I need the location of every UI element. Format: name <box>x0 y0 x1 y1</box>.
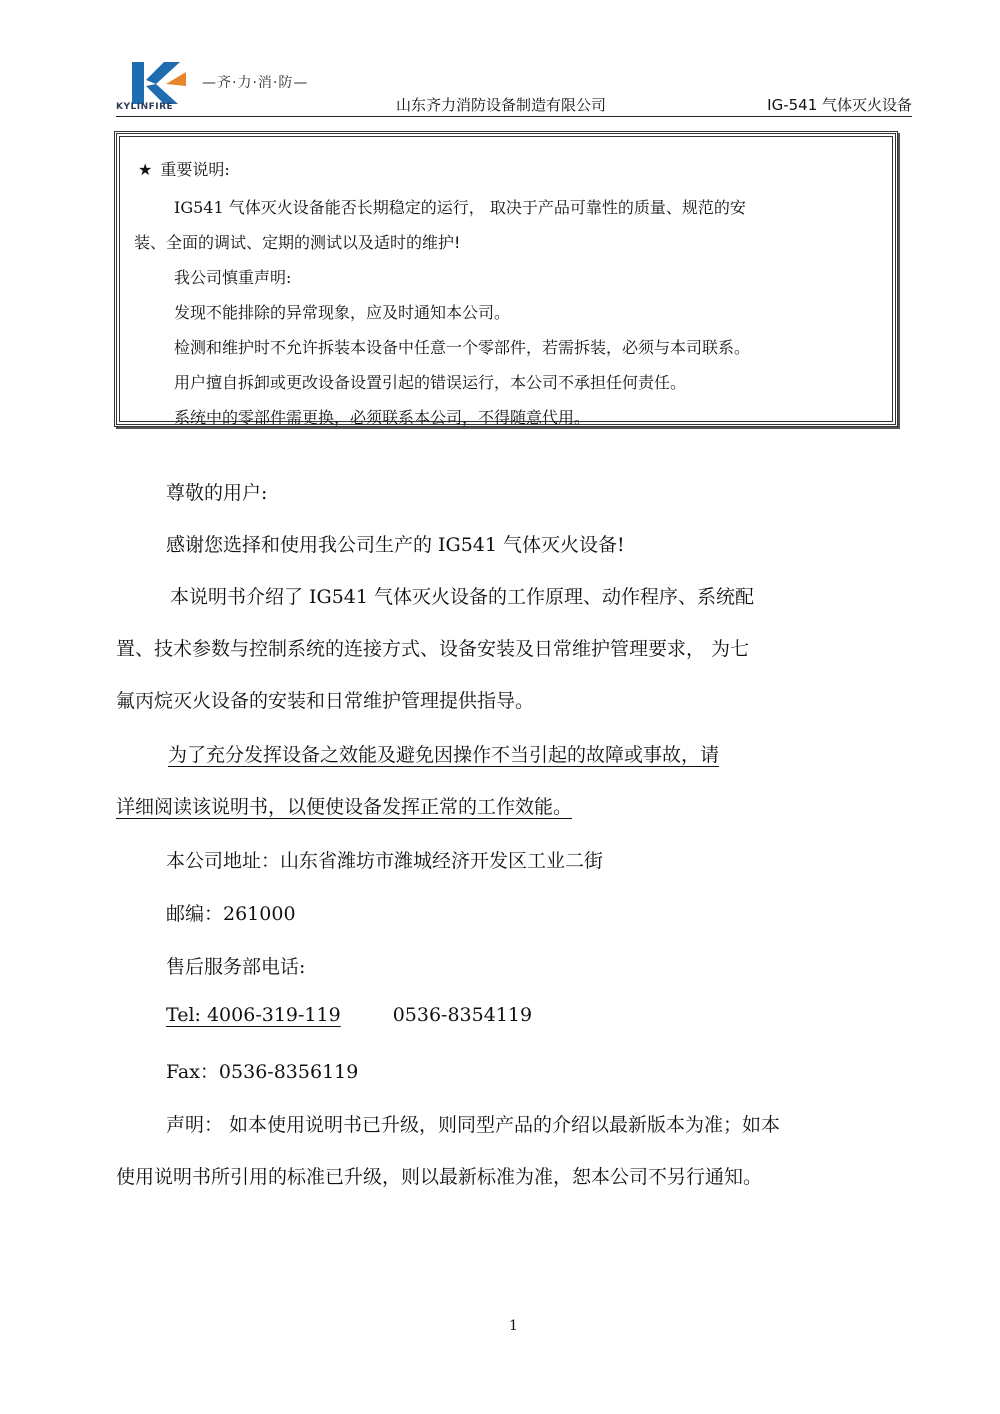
declaration-item: 系统中的零部件需更换，必须联系本公司，不得随意代用。 <box>174 405 590 428</box>
important-notice-box: ★重要说明: IG541 气体灭火设备能否长期稳定的运行， 取决于产品可靠性的质… <box>114 131 898 427</box>
postcode: 邮编：261000 <box>166 899 296 926</box>
intro-paragraph: 置、技术参数与控制系统的连接方式、设备安装及日常维护管理要求， 为七 <box>116 634 749 661</box>
intro-paragraph: 本说明书介绍了 IG541 气体灭火设备的工作原理、动作程序、系统配 <box>170 582 754 609</box>
product-name: IG-541 气体灭火设备 <box>767 94 912 115</box>
greeting: 尊敬的用户: <box>166 478 267 505</box>
company-name: 山东齐力消防设备制造有限公司 <box>396 94 606 115</box>
warning-paragraph: 详细阅读该说明书，以便使设备发挥正常的工作效能。 <box>116 792 572 819</box>
declaration-item: 检测和维护时不允许拆装本设备中任意一个零部件，若需拆装，必须与本司联系。 <box>174 335 750 358</box>
warning-paragraph: 为了充分发挥设备之效能及避免因操作不当引起的故障或事故，请 <box>168 740 719 767</box>
page-header: KYLINFIRE —齐·力·消·防— 山东齐力消防设备制造有限公司 IG-54… <box>116 58 912 118</box>
service-phone-label: 售后服务部电话: <box>166 952 305 979</box>
statement-paragraph: 声明： 如本使用说明书已升级，则同型产品的介绍以最新版本为准；如本 <box>166 1110 780 1137</box>
hotline-phone: Tel: 4006-319-119 <box>166 1004 341 1026</box>
header-divider <box>116 116 912 117</box>
notice-title: ★重要说明: <box>138 157 230 180</box>
star-icon: ★ <box>138 160 152 179</box>
thanks-paragraph: 感谢您选择和使用我公司生产的 IG541 气体灭火设备! <box>166 530 625 557</box>
declaration-title: 我公司慎重声明: <box>174 265 291 288</box>
intro-paragraph: 氟丙烷灭火设备的安装和日常维护管理提供指导。 <box>116 686 534 713</box>
page-number: 1 <box>509 1318 518 1334</box>
logo-wordmark: KYLINFIRE <box>116 102 173 112</box>
statement-paragraph: 使用说明书所引用的标准已升级，则以最新标准为准，恕本公司不另行通知。 <box>116 1162 762 1189</box>
declaration-item: 用户擅自拆卸或更改设备设置引起的错误运行，本公司不承担任何责任。 <box>174 370 686 393</box>
service-phones: Tel: 4006-319-1190536-8354119 <box>166 1004 532 1026</box>
slogan: —齐·力·消·防— <box>202 72 308 92</box>
notice-line: IG541 气体灭火设备能否长期稳定的运行， 取决于产品可靠性的质量、规范的安 <box>174 195 746 218</box>
company-address: 本公司地址：山东省潍坊市潍城经济开发区工业二街 <box>166 846 603 873</box>
declaration-item: 发现不能排除的异常现象，应及时通知本公司。 <box>174 300 510 323</box>
kylinfire-k-logo-icon <box>130 60 188 106</box>
fax-number: Fax：0536-8356119 <box>166 1057 358 1084</box>
office-phone: 0536-8354119 <box>393 1004 532 1026</box>
notice-line: 装、全面的调试、定期的测试以及适时的维护! <box>134 230 460 253</box>
